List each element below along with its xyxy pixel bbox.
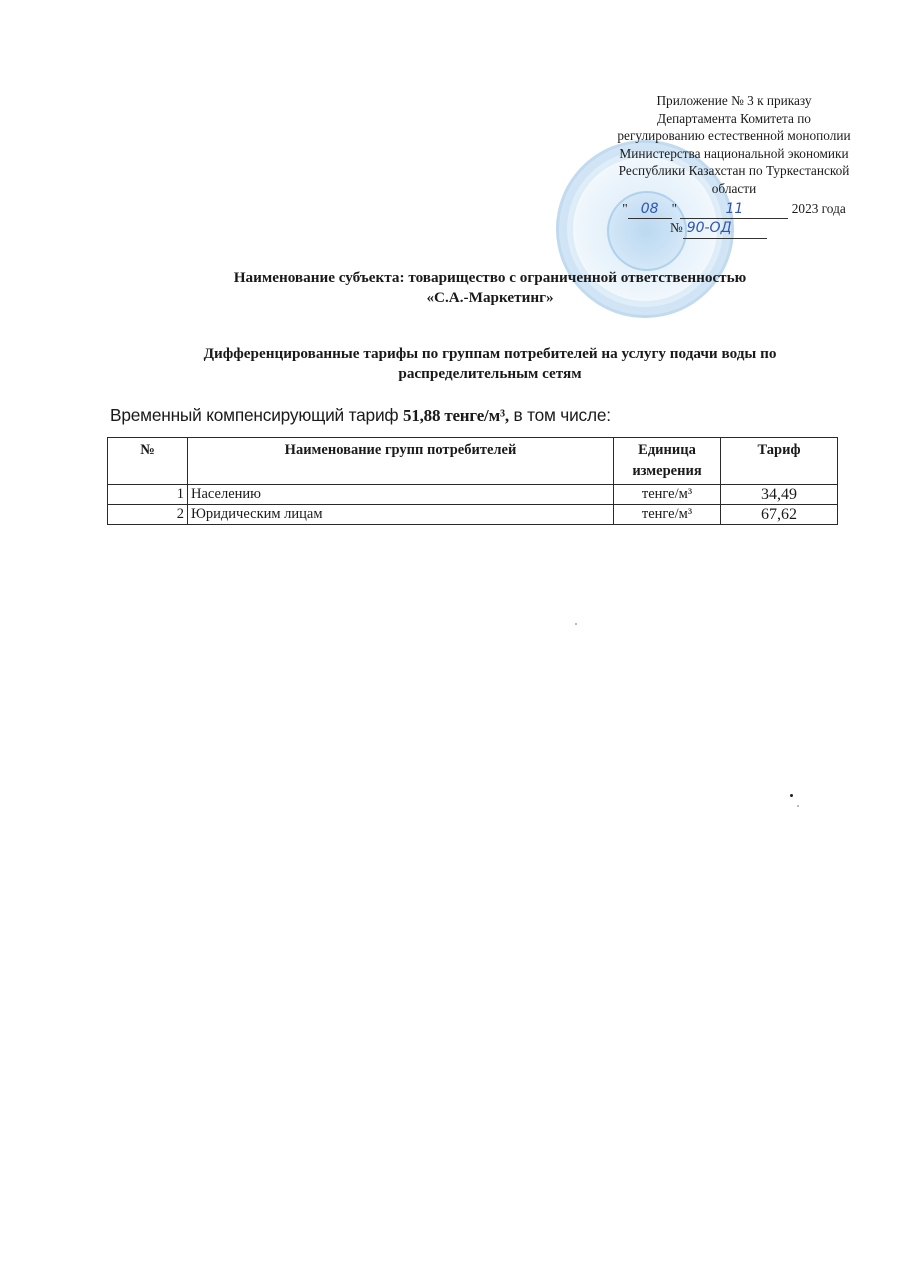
approval-line: регулированию естественной монополии [600, 127, 868, 145]
row-name: Юридическим лицам [188, 505, 614, 525]
approval-year: 2023 года [792, 201, 846, 216]
approval-number: №90-ОД [600, 219, 868, 239]
approval-line: Министерства национальной экономики [600, 145, 868, 163]
table-header-row: № Наименование групп потребителей Единиц… [108, 438, 838, 485]
tariff-table: № Наименование групп потребителей Единиц… [107, 437, 838, 525]
row-num: 1 [108, 485, 188, 505]
header-unit: Единица измерения [614, 438, 721, 485]
row-tariff: 34,49 [721, 485, 838, 505]
header-tariff: Тариф [721, 438, 838, 485]
handwritten-order-number: 90-ОД [683, 220, 767, 239]
compensating-tariff-value: 51,88 тенге/м³, [403, 406, 509, 425]
document-title: Дифференцированные тарифы по группам пот… [100, 344, 880, 384]
handwritten-day: 08 [628, 201, 672, 220]
header-name: Наименование групп потребителей [188, 438, 614, 485]
approval-line: Республики Казахстан по Туркестанской [600, 162, 868, 180]
table-row: 2 Юридическим лицам тенге/м³ 67,62 [108, 505, 838, 525]
row-unit: тенге/м³ [614, 485, 721, 505]
scan-speck [797, 805, 799, 807]
subject-heading: Наименование субъекта: товарищество с ог… [100, 268, 880, 308]
scan-speck [575, 623, 577, 625]
approval-block: Приложение № 3 к приказу Департамента Ко… [600, 92, 868, 239]
approval-line: области [600, 180, 868, 198]
handwritten-month: 11 [680, 201, 788, 220]
approval-date: "08" 11 2023 года [600, 200, 868, 220]
table-row: 1 Населению тенге/м³ 34,49 [108, 485, 838, 505]
scan-speck [790, 794, 793, 797]
approval-line: Департамента Комитета по [600, 110, 868, 128]
row-num: 2 [108, 505, 188, 525]
header-num: № [108, 438, 188, 485]
row-tariff: 67,62 [721, 505, 838, 525]
approval-line: Приложение № 3 к приказу [600, 92, 868, 110]
row-unit: тенге/м³ [614, 505, 721, 525]
intro-tariff-line: Временный компенсирующий тариф 51,88 тен… [110, 404, 611, 427]
row-name: Населению [188, 485, 614, 505]
